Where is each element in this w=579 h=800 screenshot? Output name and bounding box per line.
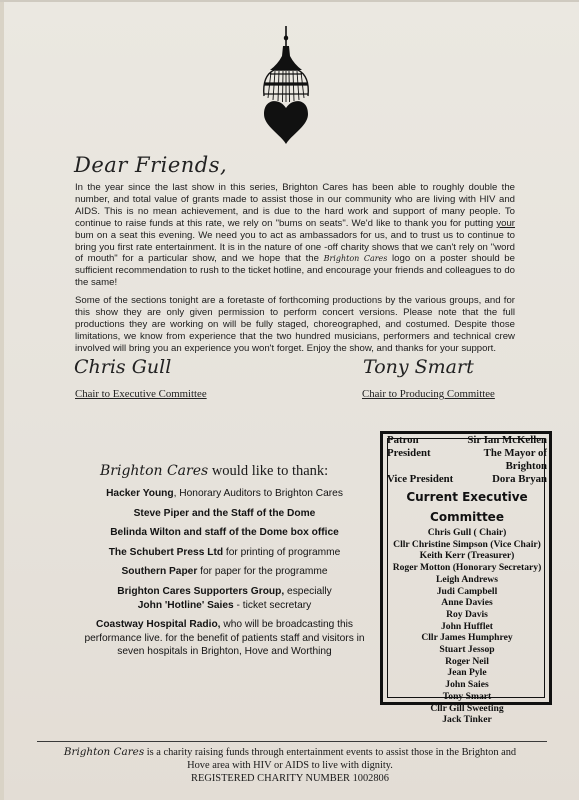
committee-member: Jack Tinker — [387, 714, 547, 726]
thanks-name: Steve Piper and the Staff of the Dome — [134, 508, 316, 519]
committee-member: Tony Smart — [387, 691, 547, 703]
thanks-name: Brighton Cares Supporters Group, — [117, 586, 284, 597]
officer-title: Vice President — [387, 473, 453, 486]
officer-title: President — [387, 447, 431, 473]
footer-text: is a charity raising funds through enter… — [144, 747, 516, 758]
committee-member: Cllr James Humphrey — [387, 632, 547, 644]
thanks-item: Coastway Hospital Radio, who will be bro… — [72, 618, 377, 659]
footer-line-1: Brighton Cares is a charity raising fund… — [20, 746, 560, 759]
thanks-list: Hacker Young, Honorary Auditors to Brigh… — [72, 487, 377, 665]
committee-member: Chris Gull ( Chair) — [387, 527, 547, 539]
thanks-name: The Schubert Press Ltd — [109, 547, 223, 558]
officer-row: Vice PresidentDora Bryan — [387, 473, 547, 486]
officer-name: Sir Ian McKellen — [467, 434, 547, 447]
thanks-heading-text: would like to thank: — [208, 463, 328, 479]
role-executive-chair: Chair to Executive Committee — [75, 388, 207, 400]
page-edge-top — [0, 0, 579, 2]
registered-charity-number: REGISTERED CHARITY NUMBER 1002806 — [20, 772, 560, 785]
committee-member: Roger Neil — [387, 656, 547, 668]
thanks-item: Hacker Young, Honorary Auditors to Brigh… — [72, 487, 377, 501]
thanks-name: John 'Hotline' Saies — [138, 600, 234, 611]
thanks-name: Southern Paper — [121, 566, 197, 577]
footer: Brighton Cares is a charity raising fund… — [20, 746, 560, 785]
committee-member: Jean Pyle — [387, 667, 547, 679]
role-producing-chair: Chair to Producing Committee — [362, 388, 495, 400]
committee-member: Roy Davis — [387, 609, 547, 621]
thanks-detail: - ticket secretary — [234, 600, 312, 611]
officer-title: Patron — [387, 434, 419, 447]
thanks-name: Coastway Hospital Radio, — [96, 619, 221, 630]
emphasis-your: your — [496, 218, 515, 229]
letter-paragraph-1: In the year since the last show in this … — [75, 182, 515, 289]
committee-member: John Saies — [387, 679, 547, 691]
signature-chris-gull: Chris Gull — [74, 356, 171, 378]
salutation: Dear Friends, — [74, 153, 227, 177]
thanks-item: Southern Paper for paper for the program… — [72, 565, 377, 579]
thanks-item: Brighton Cares Supporters Group, especia… — [72, 585, 377, 612]
officer-row: PatronSir Ian McKellen — [387, 434, 547, 447]
thanks-item: The Schubert Press Ltd for printing of p… — [72, 546, 377, 560]
committee-member: Anne Davies — [387, 597, 547, 609]
footer-line-2: Hove area with HIV or AIDS to live with … — [20, 759, 560, 772]
pavilion-dome-heart-icon — [254, 24, 318, 146]
committee-member: Leigh Andrews — [387, 574, 547, 586]
thanks-heading: Brighton Cares would like to thank: — [100, 463, 350, 480]
brighton-cares-script: Brighton Cares — [100, 463, 208, 479]
officer-row: PresidentThe Mayor of Brighton — [387, 447, 547, 473]
committee-box: PatronSir Ian McKellen PresidentThe Mayo… — [387, 434, 547, 726]
committee-member: Cllr Gill Sweeting — [387, 703, 547, 715]
officer-name: The Mayor of Brighton — [465, 447, 547, 473]
committee-member: John Hufflet — [387, 621, 547, 633]
footer-divider — [37, 741, 547, 742]
committee-member: Roger Motton (Honorary Secretary) — [387, 562, 547, 574]
paragraph-text: In the year since the last show in this … — [75, 182, 515, 229]
committee-title: Current Executive Committee — [387, 487, 547, 527]
officer-name: Dora Bryan — [492, 473, 547, 486]
thanks-item: Belinda Wilton and staff of the Dome box… — [72, 526, 377, 540]
thanks-item: Steve Piper and the Staff of the Dome — [72, 507, 377, 521]
thanks-name: Belinda Wilton and staff of the Dome box… — [110, 527, 339, 538]
brighton-cares-script: Brighton Cares — [64, 746, 144, 758]
page-edge — [0, 0, 4, 800]
committee-member: Cllr Christine Simpson (Vice Chair) — [387, 539, 547, 551]
committee-member: Judi Campbell — [387, 586, 547, 598]
thanks-detail: , Honorary Auditors to Brighton Cares — [174, 488, 343, 499]
letter-body: In the year since the last show in this … — [75, 182, 515, 361]
committee-members: Chris Gull ( Chair)Cllr Christine Simpso… — [387, 527, 547, 726]
thanks-detail: especially — [284, 586, 332, 597]
brighton-cares-logo-text: Brighton Cares — [324, 254, 388, 263]
letter-paragraph-2: Some of the sections tonight are a foret… — [75, 295, 515, 355]
thanks-detail: for printing of programme — [223, 547, 340, 558]
thanks-name: Hacker Young — [106, 488, 174, 499]
committee-member: Keith Kerr (Treasurer) — [387, 550, 547, 562]
thanks-detail: for paper for the programme — [197, 566, 327, 577]
committee-member: Stuart Jessop — [387, 644, 547, 656]
signature-tony-smart: Tony Smart — [363, 356, 474, 378]
